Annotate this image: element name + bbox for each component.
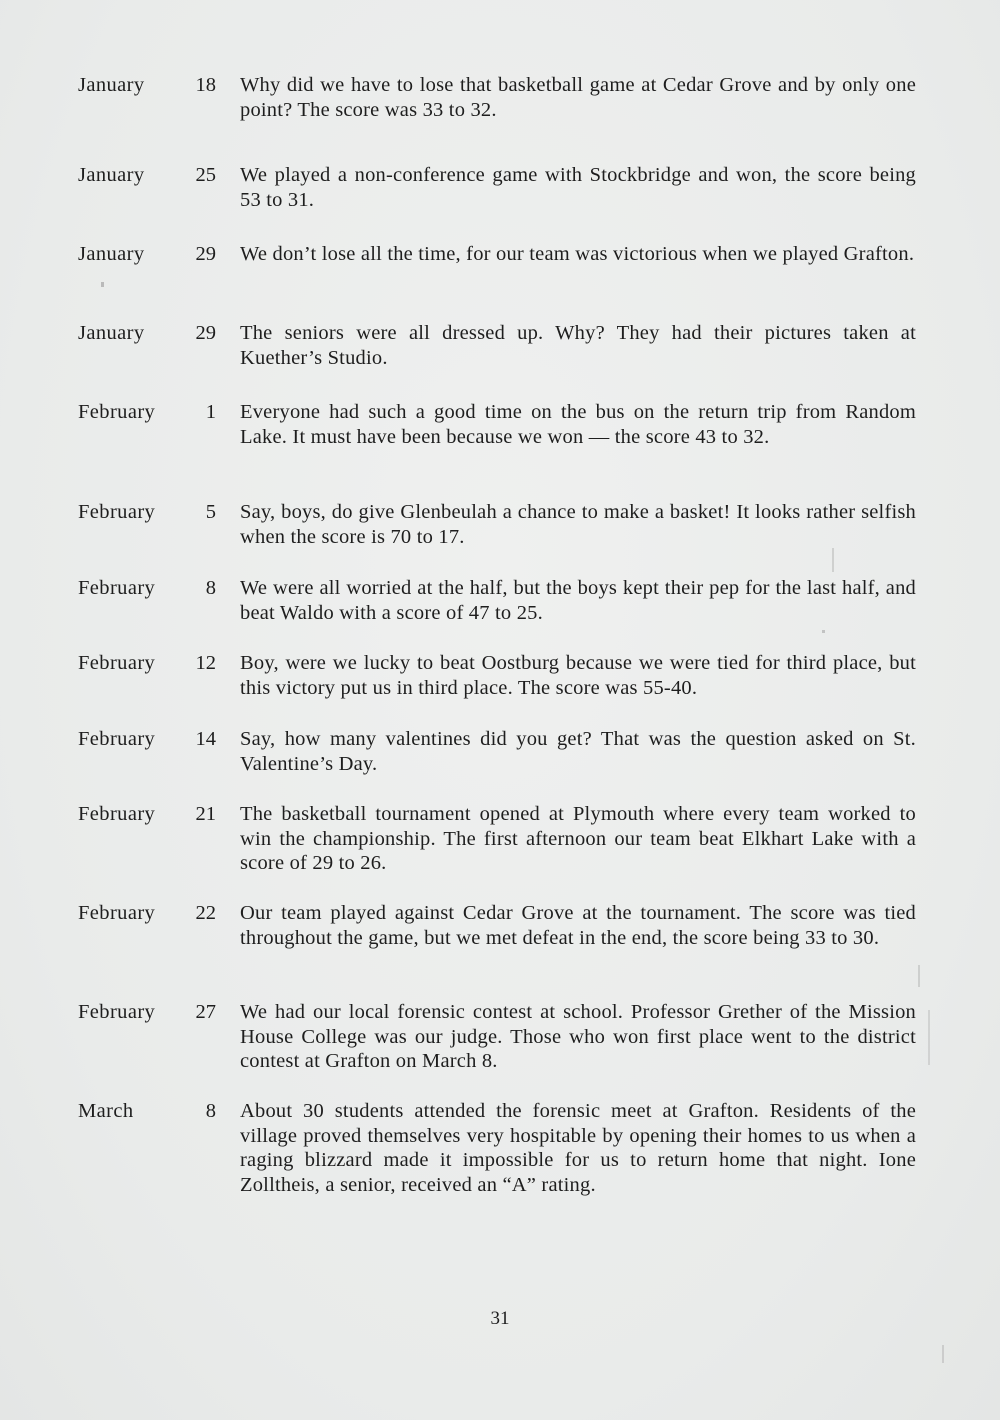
diary-entry: February 14 Say, how many valentines did… [78, 727, 918, 776]
diary-entry: February 21 The basketball tournament op… [78, 802, 918, 876]
entry-month: January [78, 73, 180, 122]
diary-entry: February 5 Say, boys, do give Glenbeulah… [78, 500, 918, 549]
diary-entry: February 27 We had our local forensic co… [78, 1000, 918, 1074]
scan-speck [822, 630, 825, 633]
entry-month: January [78, 321, 180, 370]
entry-month: January [78, 163, 180, 212]
scan-speck [942, 1345, 944, 1363]
entry-text: We played a non-conference game with Sto… [240, 163, 916, 212]
diary-entry: March 8 About 30 students attended the f… [78, 1099, 918, 1197]
diary-entry: February 22 Our team played against Ceda… [78, 901, 918, 950]
scanned-page: January 18 Why did we have to lose that … [0, 0, 1000, 1420]
entry-day: 1 [180, 400, 216, 449]
entry-text: Boy, were we lucky to beat Oostburg beca… [240, 651, 916, 700]
entry-text: Say, how many valentines did you get? Th… [240, 727, 916, 776]
entry-month: February [78, 901, 180, 950]
diary-entry: January 25 We played a non-conference ga… [78, 163, 918, 212]
entry-day: 5 [180, 500, 216, 549]
diary-entry: February 12 Boy, were we lucky to beat O… [78, 651, 918, 700]
entry-month: March [78, 1099, 180, 1197]
diary-entry: January 29 We don’t lose all the time, f… [78, 242, 918, 267]
entry-text: The seniors were all dressed up. Why? Th… [240, 321, 916, 370]
scan-speck [832, 548, 834, 572]
entry-day: 14 [180, 727, 216, 776]
entry-day: 12 [180, 651, 216, 700]
diary-entry: January 29 The seniors were all dressed … [78, 321, 918, 370]
entry-month: February [78, 576, 180, 625]
entry-text: We had our local forensic contest at sch… [240, 1000, 916, 1074]
page-number: 31 [0, 1308, 1000, 1330]
entry-day: 22 [180, 901, 216, 950]
entry-text: About 30 students attended the forensic … [240, 1099, 916, 1197]
entry-text: Our team played against Cedar Grove at t… [240, 901, 916, 950]
diary-entry: January 18 Why did we have to lose that … [78, 73, 918, 122]
entry-text: Everyone had such a good time on the bus… [240, 400, 916, 449]
entry-day: 25 [180, 163, 216, 212]
entry-text: We don’t lose all the time, for our team… [240, 242, 916, 267]
entry-text: The basketball tournament opened at Plym… [240, 802, 916, 876]
entry-text: Why did we have to lose that basketball … [240, 73, 916, 122]
diary-entry: February 1 Everyone had such a good time… [78, 400, 918, 449]
entry-text: Say, boys, do give Glenbeulah a chance t… [240, 500, 916, 549]
entry-month: February [78, 651, 180, 700]
diary-entry: February 8 We were all worried at the ha… [78, 576, 918, 625]
entry-month: February [78, 400, 180, 449]
entry-day: 21 [180, 802, 216, 876]
scan-speck [918, 965, 920, 987]
entry-day: 8 [180, 576, 216, 625]
scan-speck [928, 1010, 930, 1065]
entry-month: February [78, 500, 180, 549]
entry-month: February [78, 727, 180, 776]
entry-month: February [78, 802, 180, 876]
entry-day: 29 [180, 321, 216, 370]
entry-day: 27 [180, 1000, 216, 1074]
scan-speck [101, 282, 104, 287]
entry-day: 29 [180, 242, 216, 267]
entry-text: We were all worried at the half, but the… [240, 576, 916, 625]
entry-month: January [78, 242, 180, 267]
entry-day: 18 [180, 73, 216, 122]
entry-month: February [78, 1000, 180, 1074]
entry-day: 8 [180, 1099, 216, 1197]
